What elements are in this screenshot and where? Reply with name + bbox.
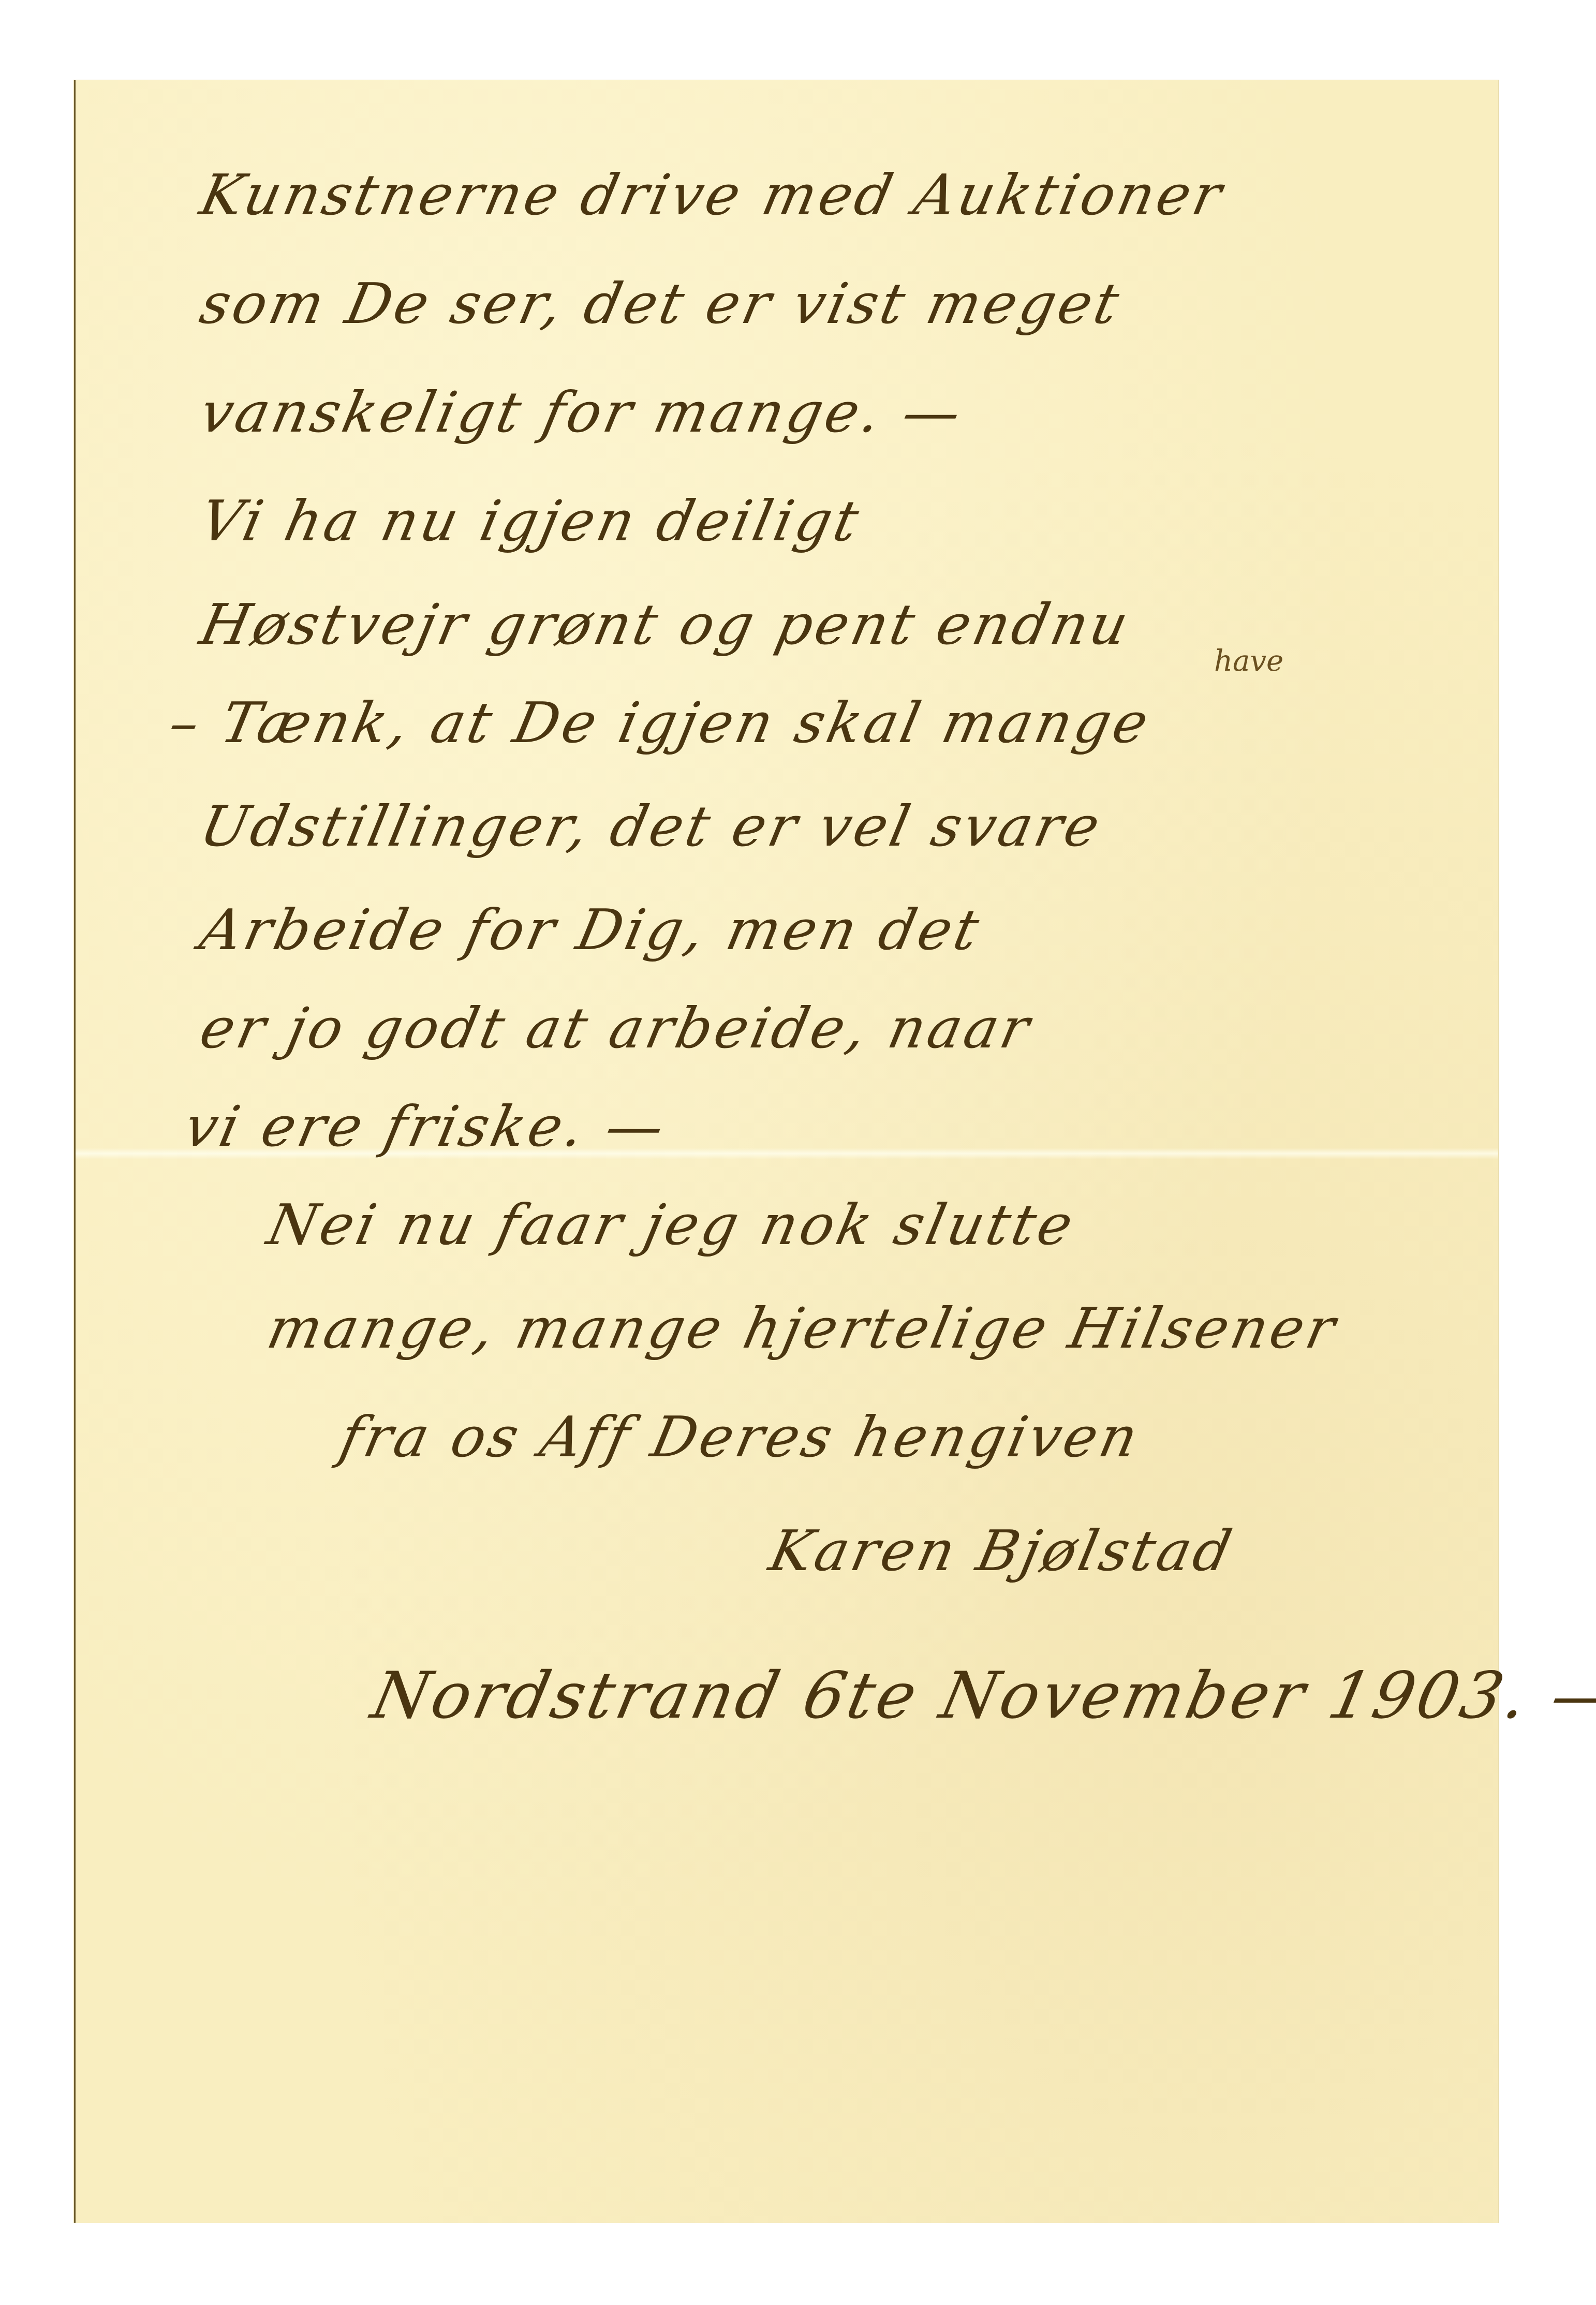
letter-line-9: er jo godt at arbeide, naar xyxy=(195,996,1038,1061)
letter-line-4: Vi ha nu igjen deiligt xyxy=(195,489,867,554)
interlinear-insertion: have xyxy=(1214,644,1283,678)
dateline: Nordstrand 6te November 1903. — xyxy=(365,1659,1596,1733)
letter-line-3: vanskeligt for mange. — xyxy=(195,380,969,445)
letter-line-7: Udstillinger, det er vel svare xyxy=(195,794,1109,859)
letter-line-6: – Tænk, at De igjen skal mange xyxy=(164,691,1157,756)
letter-line-2: som De ser, det er vist meget xyxy=(195,272,1127,336)
letter-page: Kunstnerne drive med Auktioner som De se… xyxy=(74,80,1498,2223)
letter-line-11: Nei nu faar jeg nok slutte xyxy=(262,1193,1081,1258)
letter-line-12: mange, mange hjertelige Hilsener xyxy=(262,1296,1343,1361)
letter-line-8: Arbeide for Dig, men det xyxy=(195,898,987,963)
letter-line-13: fra os Aff Deres hengiven xyxy=(334,1405,1146,1470)
signature: Karen Bjølstad xyxy=(764,1519,1240,1584)
letter-line-1: Kunstnerne drive med Auktioner xyxy=(195,163,1230,228)
letter-line-5: Høstvejr grønt og pent endnu xyxy=(195,593,1137,657)
letter-line-10: vi ere friske. — xyxy=(179,1095,673,1159)
